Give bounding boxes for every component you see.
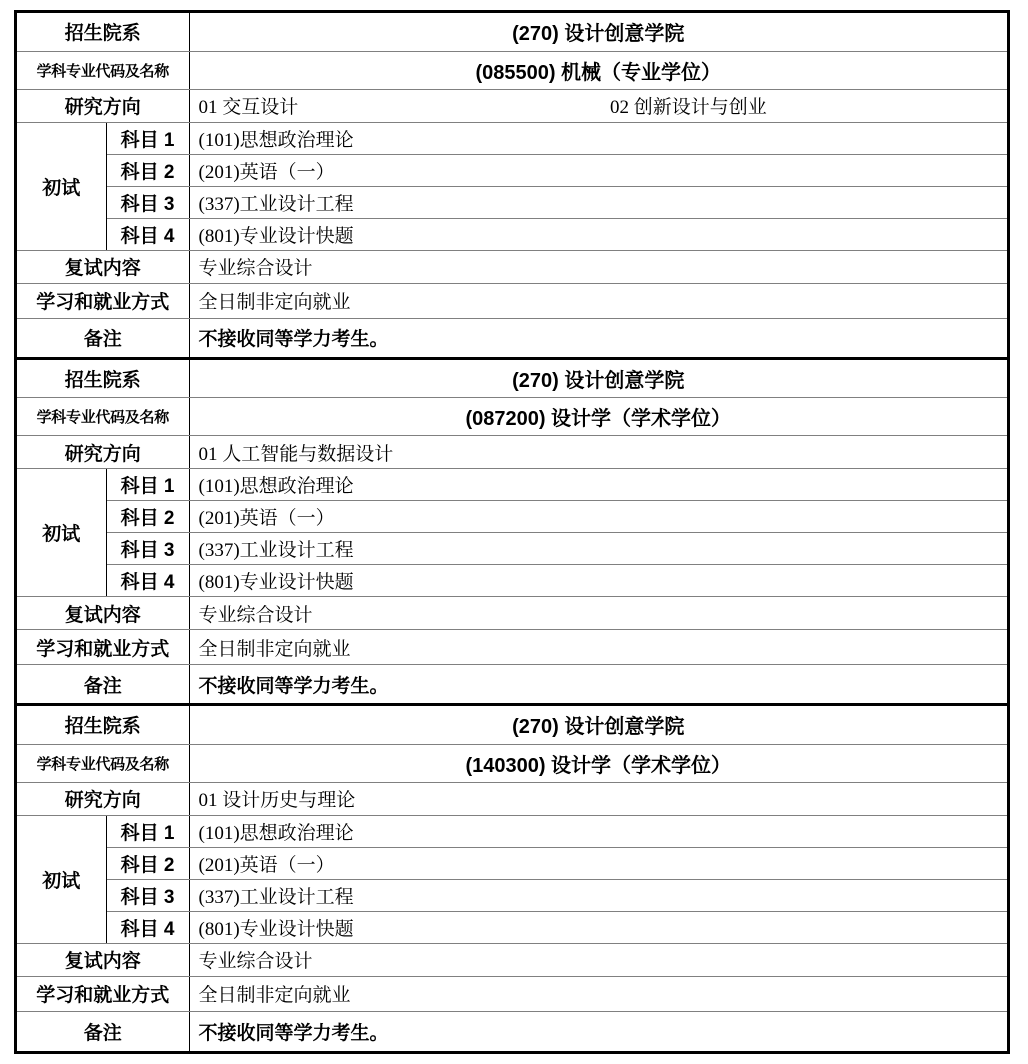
subject-3-value: (337)工业设计工程	[189, 186, 1007, 218]
study-mode-value: 全日制非定向就业	[189, 976, 1007, 1011]
subject-2-value: (201)英语（一）	[189, 154, 1007, 186]
row-department: 招生院系 (270) 设计创意学院	[17, 706, 1007, 744]
program-block-2: 招生院系 (270) 设计创意学院 学科专业代码及名称 (087200) 设计学…	[17, 360, 1007, 707]
subject-4-value: (801)专业设计快题	[189, 565, 1007, 597]
row-retest: 复试内容 专业综合设计	[17, 250, 1007, 283]
subject-4-label: 科目 4	[106, 218, 189, 250]
subject-2-label: 科目 2	[106, 847, 189, 879]
subject-4-label: 科目 4	[106, 565, 189, 597]
department-label: 招生院系	[17, 360, 189, 398]
subject-3-value: (337)工业设计工程	[189, 879, 1007, 911]
retest-value: 专业综合设计	[189, 597, 1007, 630]
admissions-document: 招生院系 (270) 设计创意学院 学科专业代码及名称 (085500) 机械（…	[0, 0, 1028, 1064]
department-label: 招生院系	[17, 13, 189, 51]
subject-1-label: 科目 1	[106, 815, 189, 847]
research-direction-2	[601, 782, 1007, 815]
row-subject-3: 科目 3 (337)工业设计工程	[17, 879, 1007, 911]
row-study-mode: 学习和就业方式 全日制非定向就业	[17, 630, 1007, 665]
research-directions-label: 研究方向	[17, 436, 189, 469]
research-directions-label: 研究方向	[17, 89, 189, 122]
row-major-code: 学科专业代码及名称 (087200) 设计学（学术学位）	[17, 398, 1007, 436]
subject-4-label: 科目 4	[106, 911, 189, 943]
subject-2-value: (201)英语（一）	[189, 501, 1007, 533]
row-subject-4: 科目 4 (801)专业设计快题	[17, 911, 1007, 943]
subject-1-value: (101)思想政治理论	[189, 815, 1007, 847]
row-research-directions: 研究方向 01 交互设计 02 创新设计与创业	[17, 89, 1007, 122]
preliminary-exam-label: 初试	[17, 469, 106, 597]
department-value: (270) 设计创意学院	[189, 360, 1007, 398]
remarks-label: 备注	[17, 1011, 189, 1051]
subject-3-label: 科目 3	[106, 186, 189, 218]
row-research-directions: 研究方向 01 人工智能与数据设计	[17, 436, 1007, 469]
retest-label: 复试内容	[17, 943, 189, 976]
subject-1-value: (101)思想政治理论	[189, 469, 1007, 501]
row-subject-1: 初试 科目 1 (101)思想政治理论	[17, 122, 1007, 154]
retest-value: 专业综合设计	[189, 250, 1007, 283]
retest-label: 复试内容	[17, 597, 189, 630]
major-code-value: (085500) 机械（专业学位）	[189, 51, 1007, 89]
study-mode-value: 全日制非定向就业	[189, 283, 1007, 318]
row-remarks: 备注 不接收同等学力考生。	[17, 318, 1007, 358]
row-major-code: 学科专业代码及名称 (085500) 机械（专业学位）	[17, 51, 1007, 89]
remarks-value: 不接收同等学力考生。	[189, 318, 1007, 358]
study-mode-label: 学习和就业方式	[17, 630, 189, 665]
major-code-label: 学科专业代码及名称	[17, 744, 189, 782]
preliminary-exam-label: 初试	[17, 122, 106, 250]
row-remarks: 备注 不接收同等学力考生。	[17, 665, 1007, 705]
row-research-directions: 研究方向 01 设计历史与理论	[17, 782, 1007, 815]
research-direction-1: 01 人工智能与数据设计	[189, 436, 601, 469]
row-subject-2: 科目 2 (201)英语（一）	[17, 154, 1007, 186]
subject-3-label: 科目 3	[106, 533, 189, 565]
major-code-value: (087200) 设计学（学术学位）	[189, 398, 1007, 436]
row-department: 招生院系 (270) 设计创意学院	[17, 13, 1007, 51]
subject-4-value: (801)专业设计快题	[189, 911, 1007, 943]
study-mode-label: 学习和就业方式	[17, 283, 189, 318]
row-subject-3: 科目 3 (337)工业设计工程	[17, 533, 1007, 565]
row-study-mode: 学习和就业方式 全日制非定向就业	[17, 976, 1007, 1011]
department-value: (270) 设计创意学院	[189, 706, 1007, 744]
study-mode-value: 全日制非定向就业	[189, 630, 1007, 665]
admissions-table-frame: 招生院系 (270) 设计创意学院 学科专业代码及名称 (085500) 机械（…	[14, 10, 1010, 1054]
row-retest: 复试内容 专业综合设计	[17, 943, 1007, 976]
row-subject-2: 科目 2 (201)英语（一）	[17, 847, 1007, 879]
program-block-3: 招生院系 (270) 设计创意学院 学科专业代码及名称 (140300) 设计学…	[17, 706, 1007, 1051]
major-code-label: 学科专业代码及名称	[17, 398, 189, 436]
remarks-label: 备注	[17, 318, 189, 358]
major-code-value: (140300) 设计学（学术学位）	[189, 744, 1007, 782]
major-code-label: 学科专业代码及名称	[17, 51, 189, 89]
department-value: (270) 设计创意学院	[189, 13, 1007, 51]
research-direction-2	[601, 436, 1007, 469]
row-department: 招生院系 (270) 设计创意学院	[17, 360, 1007, 398]
preliminary-exam-label: 初试	[17, 815, 106, 943]
row-major-code: 学科专业代码及名称 (140300) 设计学（学术学位）	[17, 744, 1007, 782]
subject-3-label: 科目 3	[106, 879, 189, 911]
research-directions-label: 研究方向	[17, 782, 189, 815]
row-remarks: 备注 不接收同等学力考生。	[17, 1011, 1007, 1051]
research-direction-1: 01 交互设计	[189, 89, 601, 122]
row-subject-1: 初试 科目 1 (101)思想政治理论	[17, 469, 1007, 501]
subject-3-value: (337)工业设计工程	[189, 533, 1007, 565]
remarks-label: 备注	[17, 665, 189, 705]
subject-1-label: 科目 1	[106, 122, 189, 154]
remarks-value: 不接收同等学力考生。	[189, 665, 1007, 705]
row-study-mode: 学习和就业方式 全日制非定向就业	[17, 283, 1007, 318]
row-subject-1: 初试 科目 1 (101)思想政治理论	[17, 815, 1007, 847]
row-subject-4: 科目 4 (801)专业设计快题	[17, 565, 1007, 597]
subject-2-value: (201)英语（一）	[189, 847, 1007, 879]
department-label: 招生院系	[17, 706, 189, 744]
research-direction-1: 01 设计历史与理论	[189, 782, 601, 815]
row-subject-2: 科目 2 (201)英语（一）	[17, 501, 1007, 533]
retest-label: 复试内容	[17, 250, 189, 283]
subject-1-value: (101)思想政治理论	[189, 122, 1007, 154]
subject-2-label: 科目 2	[106, 154, 189, 186]
subject-1-label: 科目 1	[106, 469, 189, 501]
row-subject-4: 科目 4 (801)专业设计快题	[17, 218, 1007, 250]
row-retest: 复试内容 专业综合设计	[17, 597, 1007, 630]
remarks-value: 不接收同等学力考生。	[189, 1011, 1007, 1051]
row-subject-3: 科目 3 (337)工业设计工程	[17, 186, 1007, 218]
study-mode-label: 学习和就业方式	[17, 976, 189, 1011]
retest-value: 专业综合设计	[189, 943, 1007, 976]
program-block-1: 招生院系 (270) 设计创意学院 学科专业代码及名称 (085500) 机械（…	[17, 13, 1007, 360]
subject-4-value: (801)专业设计快题	[189, 218, 1007, 250]
subject-2-label: 科目 2	[106, 501, 189, 533]
research-direction-2: 02 创新设计与创业	[601, 89, 1007, 122]
